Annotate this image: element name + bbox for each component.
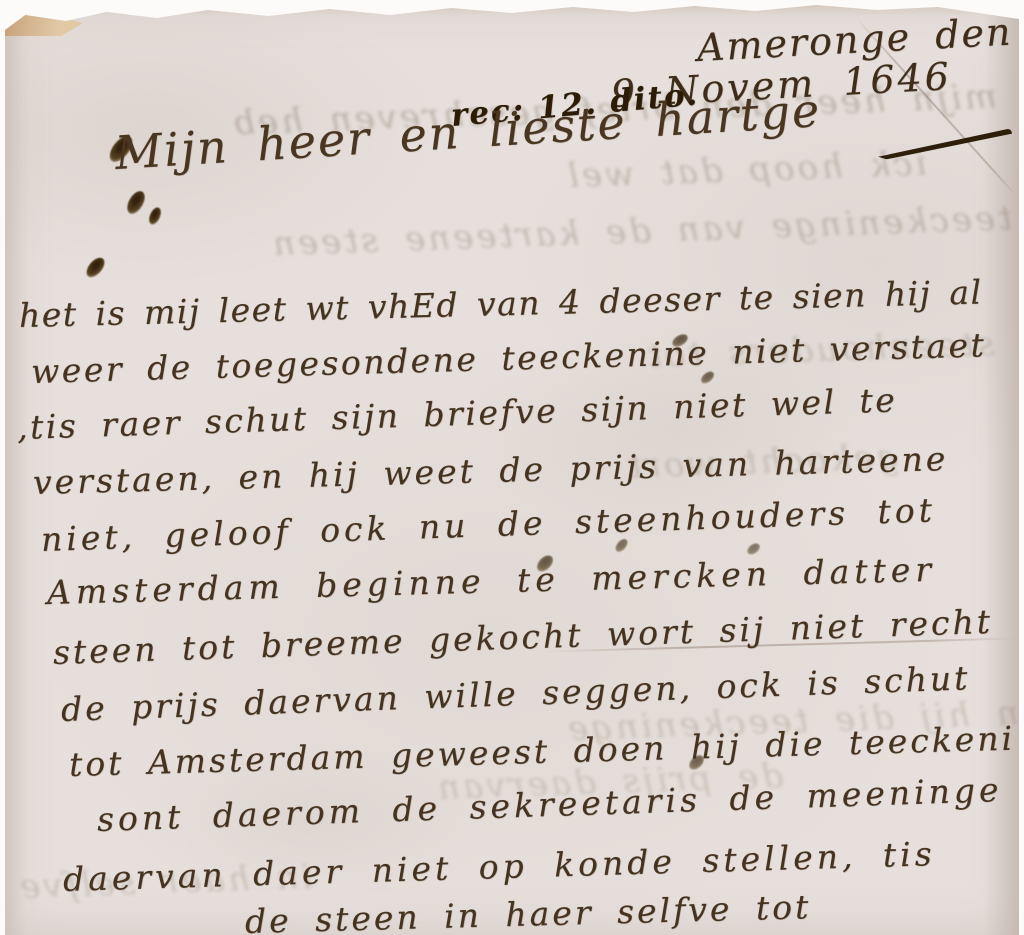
bleedthrough-text: de teeckeninge van de karteene steen: [270, 196, 1024, 264]
ink-blot: [124, 188, 149, 217]
letter-line-5: niet, geloof ock nu de steenhouders tot: [40, 490, 936, 559]
bleedthrough-text: ick hoop dat wel: [564, 144, 927, 197]
letter-line-3: ,tis raer schut sijn briefve sijn niet w…: [16, 380, 897, 447]
paper-edge-chip: [5, 9, 83, 36]
letter-line-1: het is mij leet wt vhEd van 4 deeser te …: [19, 272, 983, 335]
letter-line-4: verstaen, en hij weet de prijs van harte…: [32, 439, 948, 502]
letter-line-12: de steen in haer selfve tot: [244, 887, 811, 935]
letter-line-6: Amsterdam beginne te mercken datter: [46, 550, 936, 612]
letter-page: mijn heer den brief geschreven heb ick h…: [5, 0, 1019, 935]
ink-blot: [147, 206, 163, 227]
ink-blot: [83, 255, 108, 281]
